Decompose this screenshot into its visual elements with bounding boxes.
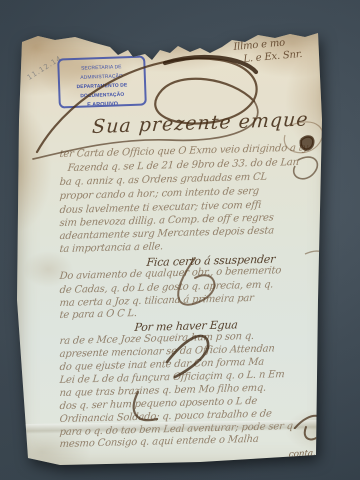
manuscript-heading: Sua prezente emque xyxy=(91,108,309,138)
closing-word: conta. xyxy=(288,449,315,460)
handwriting-line: ma certa a Joz q. tilicana á primeira pa… xyxy=(59,293,254,309)
photograph-of-document: 11.12.14 SECRETARIA DE ADMINISTRAÇÃO DEP… xyxy=(0,0,360,480)
archive-stamp-text: SECRETARIA DE ADMINISTRAÇÃO DEPARTAMENTO… xyxy=(59,58,145,109)
stamp-line-3: E ARQUIVO xyxy=(61,98,145,108)
paraph-accent xyxy=(165,57,256,72)
paper-shadow-wrap: 11.12.14 SECRETARIA DE ADMINISTRAÇÃO DEP… xyxy=(0,0,360,480)
archive-stamp: SECRETARIA DE ADMINISTRAÇÃO DEPARTAMENTO… xyxy=(57,55,147,108)
handwriting-line: ta importancia a elle. xyxy=(59,241,163,255)
stamp-line-4: MATO GROSSO xyxy=(61,107,145,108)
manuscript-paper: 11.12.14 SECRETARIA DE ADMINISTRAÇÃO DEP… xyxy=(17,30,330,465)
handwriting-line: te para a O C L. xyxy=(59,308,137,321)
margin-loop-2 xyxy=(305,251,328,271)
